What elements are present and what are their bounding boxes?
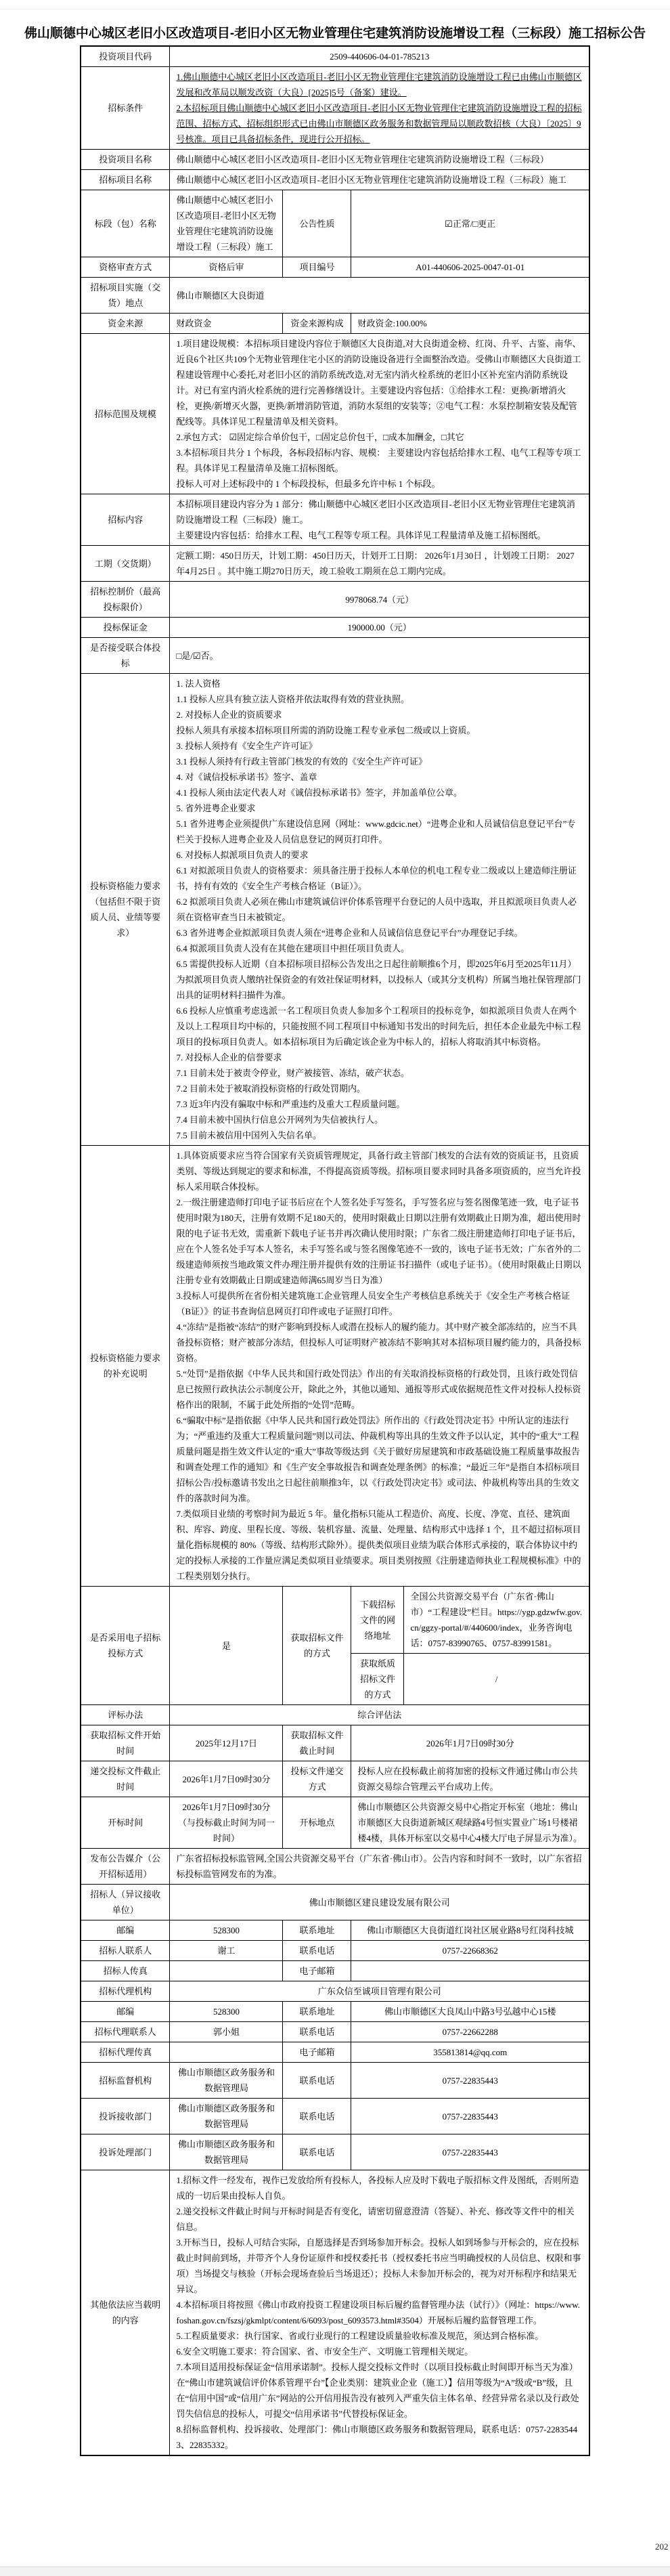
label-evaluation-method: 评标办法 (81, 1705, 170, 1725)
label-agency-postcode: 邮编 (81, 2002, 170, 2022)
value-bid-bond: 190000.00（元） (170, 618, 589, 638)
label-scope-and-scale: 招标范围及规模 (81, 334, 170, 494)
row-tenderer-contact: 招标人联系人 谢工 联系电话 0757-22668362 (81, 1941, 589, 1961)
row-tenderer-postcode: 邮编 528300 联系地址 佛山市顺德区大良街道红岗社区展业路8号红岗科技城 (81, 1920, 589, 1941)
label-complaint-handling: 投诉处理部门 (81, 2134, 170, 2170)
row-qualification-requirements: 投标资格能力要求（包括但不限于资质人员、业绩等要求） 1. 法人资格 1.1 投… (81, 674, 589, 1146)
value-construction-period: 定额工期：450日历天，计划工期：450日历天，计划开工日期： 2026年1月3… (170, 546, 589, 582)
row-agency: 招标代理机构 广东众信至诚项目管理有限公司 (81, 1981, 589, 2002)
row-document-acquisition-time: 获取招标文件开始时间 2025年12月17日 获取招标文件截止时间 2026年1… (81, 1725, 589, 1761)
footer-partial-date: 202 (655, 2541, 670, 2552)
value-agency-address: 佛山市顺德区大良凤山中路3号弘越中心15楼 (351, 2002, 589, 2022)
announcement-table: 投资项目代码 2509-440606-04-01-785213 招标条件 1.佛… (80, 45, 590, 2456)
label-tenderer: 招标人（异议接收单位） (81, 1885, 170, 1920)
label-funding-source: 资金来源 (81, 314, 170, 334)
label-project-location: 招标项目实施（交货）地点 (81, 278, 170, 314)
label-supervision-agency: 招标监督机构 (81, 2063, 170, 2099)
value-control-price: 9978068.74（元） (170, 582, 589, 618)
page-title: 佛山顺德中心城区老旧小区改造项目-老旧小区无物业管理住宅建筑消防设施增设工程（三… (7, 23, 663, 41)
label-electronic-bidding: 是否采用电子招标投标方式 (81, 1587, 170, 1705)
value-investment-project-name: 佛山顺德中心城区老旧小区改造项目-老旧小区无物业管理住宅建筑消防设施增设工程（三… (170, 150, 589, 170)
value-submission-deadline: 2026年1月7日09时30分 (170, 1761, 283, 1797)
row-qualification-supplement: 投标资格能力要求的补充说明 1.具体资质要求应当符合国家有关资质管理规定，具备行… (81, 1146, 589, 1587)
row-qualification-review: 资格审查方式 资格后审 项目编号 A01-440606-2025-0047-01… (81, 257, 589, 278)
row-announcement-media: 发布公告媒介（公开招标适用） 广东省招标投标监管网,全国公共资源交易平台（广东省… (81, 1849, 589, 1885)
value-tenderer-email (351, 1961, 589, 1981)
label-tenderer-email: 电子邮箱 (283, 1961, 351, 1981)
label-qualification-requirements: 投标资格能力要求（包括但不限于资质人员、业绩等要求） (81, 674, 170, 1146)
label-acquisition-deadline: 获取招标文件截止时间 (283, 1725, 351, 1761)
row-supervision-agency: 招标监督机构 佛山市顺德区政务服务和数据管理局 联系电话 0757-228354… (81, 2063, 589, 2099)
row-tenderer-fax: 招标人传真 电子邮箱 (81, 1961, 589, 1981)
label-investment-code: 投资项目代码 (81, 46, 170, 67)
label-tenderer-address: 联系地址 (283, 1920, 351, 1941)
value-agency-postcode: 528300 (170, 2002, 283, 2022)
value-tenderer-contact: 谢工 (170, 1941, 283, 1961)
row-funding-source: 资金来源 财政资金 资金来源构成 财政资金:100.00% (81, 314, 589, 334)
value-complaint-receiving-phone: 0757-22835443 (351, 2099, 589, 2134)
row-consortium-bidding: 是否接受联合体投标 □是/☑否。 (81, 638, 589, 674)
value-electronic-bidding: 是 (170, 1587, 283, 1705)
label-agency: 招标代理机构 (81, 1981, 170, 2002)
label-supervision-phone: 联系电话 (283, 2063, 351, 2099)
value-acquisition-start-time: 2025年12月17日 (170, 1725, 283, 1761)
label-agency-email: 电子邮箱 (283, 2042, 351, 2063)
row-construction-period: 工期（交货期） 定额工期：450日历天，计划工期：450日历天，计划开工日期： … (81, 546, 589, 582)
value-tenderer-fax (170, 1961, 283, 1981)
announcement-page: 佛山顺德中心城区老旧小区改造项目-老旧小区无物业管理住宅建筑消防设施增设工程（三… (0, 0, 670, 2576)
value-funding-composition: 财政资金:100.00% (351, 314, 589, 334)
row-agency-postcode: 邮编 528300 联系地址 佛山市顺德区大良凤山中路3号弘越中心15楼 (81, 2002, 589, 2022)
row-tender-project-name: 招标项目名称 佛山顺德中心城区老旧小区改造项目-老旧小区无物业管理住宅建筑消防设… (81, 170, 589, 190)
label-investment-project-name: 投资项目名称 (81, 150, 170, 170)
label-announcement-media: 发布公告媒介（公开招标适用） (81, 1849, 170, 1885)
value-agency-fax (170, 2042, 283, 2063)
row-complaint-receiving: 投诉接收部门 佛山市顺德区政务服务和数据管理局 联系电话 0757-228354… (81, 2099, 589, 2134)
value-complaint-handling-phone: 0757-22835443 (351, 2134, 589, 2170)
label-funding-composition: 资金来源构成 (283, 314, 351, 334)
value-supervision-phone: 0757-22835443 (351, 2063, 589, 2099)
row-agency-contact: 招标代理联系人 郭小姐 联系电话 0757-22662288 (81, 2022, 589, 2042)
row-scope-and-scale: 招标范围及规模 1.项目建设规模：本招标项目建设内容位于顺德区大良街道,对大良街… (81, 334, 589, 494)
value-agency: 广东众信至诚项目管理有限公司 (170, 1981, 589, 2002)
row-bid-bond: 投标保证金 190000.00（元） (81, 618, 589, 638)
label-tenderer-fax: 招标人传真 (81, 1961, 170, 1981)
value-scope-and-scale: 1.项目建设规模：本招标项目建设内容位于顺德区大良街道,对大良街道金榜、红岗、升… (170, 334, 589, 494)
value-complaint-receiving: 佛山市顺德区政务服务和数据管理局 (170, 2099, 283, 2134)
value-complaint-handling: 佛山市顺德区政务服务和数据管理局 (170, 2134, 283, 2170)
label-tender-project-name: 招标项目名称 (81, 170, 170, 190)
top-divider (0, 9, 670, 9)
label-qualification-supplement: 投标资格能力要求的补充说明 (81, 1146, 170, 1587)
row-electronic-bidding: 是否采用电子招标投标方式 是 获取招标文件的方式 下载招标文件的网络地址 全国公… (81, 1587, 589, 1654)
label-tenderer-contact: 招标人联系人 (81, 1941, 170, 1961)
label-agency-address: 联系地址 (283, 2002, 351, 2022)
label-bid-opening-place: 开标地点 (283, 1797, 351, 1849)
row-investment-code: 投资项目代码 2509-440606-04-01-785213 (81, 46, 589, 67)
value-tender-project-name: 佛山顺德中心城区老旧小区改造项目-老旧小区无物业管理住宅建筑消防设施增设工程（三… (170, 170, 589, 190)
row-evaluation-method: 评标办法 综合评估法 (81, 1705, 589, 1725)
value-qualification-supplement: 1.具体资质要求应当符合国家有关资质管理规定，具备行政主管部门核发的合法有效的资… (170, 1146, 589, 1587)
value-supervision-agency: 佛山市顺德区政务服务和数据管理局 (170, 2063, 283, 2099)
value-bid-opening-place: 佛山市顺德区公共资源交易中心指定开标室（地址：佛山市顺德区大良街道新城区观绿路4… (351, 1797, 589, 1849)
value-tenderer-address: 佛山市顺德区大良街道红岗社区展业路8号红岗科技城 (351, 1920, 589, 1941)
value-other-legal-content: 1.招标文件一经发布，视作已发放给所有投标人，各投标人应及时下载电子版招标文件及… (170, 2170, 589, 2456)
value-agency-contact: 郭小姐 (170, 2022, 283, 2042)
row-project-location: 招标项目实施（交货）地点 佛山市顺德区大良街道 (81, 278, 589, 314)
label-acquisition-start-time: 获取招标文件开始时间 (81, 1725, 170, 1761)
label-agency-fax: 招标代理传真 (81, 2042, 170, 2063)
label-announcement-nature: 公告性质 (283, 190, 351, 257)
label-control-price: 招标控制价（最高投标限价） (81, 582, 170, 618)
label-complaint-receiving-phone: 联系电话 (283, 2099, 351, 2134)
label-project-number: 项目编号 (283, 257, 351, 278)
row-agency-fax: 招标代理传真 电子邮箱 355813814@qq.com (81, 2042, 589, 2063)
label-complaint-handling-phone: 联系电话 (283, 2134, 351, 2170)
value-tenderer-phone: 0757-22668362 (351, 1941, 589, 1961)
bottom-strip (0, 2567, 670, 2576)
value-paper-document-method: / (404, 1654, 589, 1705)
value-evaluation-method: 综合评估法 (170, 1705, 589, 1725)
row-control-price: 招标控制价（最高投标限价） 9978068.74（元） (81, 582, 589, 618)
value-download-url: 全国公共资源交易平台（广东省·佛山市）“工程建设”栏目。https://ygp.… (404, 1587, 589, 1654)
value-tenderer: 佛山市顺德区建良建设发展有限公司 (170, 1885, 589, 1920)
value-announcement-media: 广东省招标投标监管网,全国公共资源交易平台（广东省·佛山市）。公告内容和时间不一… (170, 1849, 589, 1885)
row-submission-deadline: 递交投标文件截止时间 2026年1月7日09时30分 投标文件递交方式 投标人应… (81, 1761, 589, 1797)
value-tenderer-postcode: 528300 (170, 1920, 283, 1941)
row-section-name: 标段（包）名称 佛山顺德中心城区老旧小区改造项目-老旧小区无物业管理住宅建筑消防… (81, 190, 589, 257)
row-tender-content: 招标内容 本招标项目建设内容分为 1 部分：佛山顺德中心城区老旧小区改造项目-老… (81, 494, 589, 546)
label-download-url: 下载招标文件的网络地址 (351, 1587, 404, 1654)
label-section-name: 标段（包）名称 (81, 190, 170, 257)
value-qualification-review: 资格后审 (170, 257, 283, 278)
row-complaint-handling: 投诉处理部门 佛山市顺德区政务服务和数据管理局 联系电话 0757-228354… (81, 2134, 589, 2170)
label-consortium-bidding: 是否接受联合体投标 (81, 638, 170, 674)
label-paper-document-method: 获取纸质招标文件的方式 (351, 1654, 404, 1705)
value-bid-opening-time: 2026年1月7日09时30分（与投标截止时间为同一时间） (170, 1797, 283, 1849)
label-tenderer-postcode: 邮编 (81, 1920, 170, 1941)
value-project-location: 佛山市顺德区大良街道 (170, 278, 589, 314)
value-investment-code: 2509-440606-04-01-785213 (170, 46, 589, 67)
label-other-legal-content: 其他依法应当载明的内容 (81, 2170, 170, 2456)
label-agency-contact: 招标代理联系人 (81, 2022, 170, 2042)
label-document-acquisition-method: 获取招标文件的方式 (283, 1587, 351, 1705)
value-consortium-bidding: □是/☑否。 (170, 638, 589, 674)
label-submission-deadline: 递交投标文件截止时间 (81, 1761, 170, 1797)
label-tender-content: 招标内容 (81, 494, 170, 546)
row-bid-opening: 开标时间 2026年1月7日09时30分（与投标截止时间为同一时间） 开标地点 … (81, 1797, 589, 1849)
label-submission-method: 投标文件递交方式 (283, 1761, 351, 1797)
value-project-number: A01-440606-2025-0047-01-01 (351, 257, 589, 278)
label-tenderer-phone: 联系电话 (283, 1941, 351, 1961)
label-bid-bond: 投标保证金 (81, 618, 170, 638)
row-bidding-conditions: 招标条件 1.佛山顺德中心城区老旧小区改造项目-老旧小区无物业管理住宅建筑消防设… (81, 67, 589, 150)
value-agency-email: 355813814@qq.com (351, 2042, 589, 2063)
value-acquisition-deadline: 2026年1月7日09时30分 (351, 1725, 589, 1761)
row-investment-project-name: 投资项目名称 佛山顺德中心城区老旧小区改造项目-老旧小区无物业管理住宅建筑消防设… (81, 150, 589, 170)
value-tender-content: 本招标项目建设内容分为 1 部分：佛山顺德中心城区老旧小区改造项目-老旧小区无物… (170, 494, 589, 546)
value-bidding-conditions: 1.佛山顺德中心城区老旧小区改造项目-老旧小区无物业管理住宅建筑消防设施增设工程… (170, 67, 589, 150)
value-funding-source: 财政资金 (170, 314, 283, 334)
row-tenderer: 招标人（异议接收单位） 佛山市顺德区建良建设发展有限公司 (81, 1885, 589, 1920)
label-agency-phone: 联系电话 (283, 2022, 351, 2042)
label-qualification-review: 资格审查方式 (81, 257, 170, 278)
value-agency-phone: 0757-22662288 (351, 2022, 589, 2042)
value-submission-method: 投标人应在投标截止前将加密的投标文件通过佛山市公共资源交易综合管理云平台成功上传… (351, 1761, 589, 1797)
label-bidding-conditions: 招标条件 (81, 67, 170, 150)
row-other-legal-content: 其他依法应当载明的内容 1.招标文件一经发布，视作已发放给所有投标人，各投标人应… (81, 2170, 589, 2456)
label-construction-period: 工期（交货期） (81, 546, 170, 582)
label-bid-opening-time: 开标时间 (81, 1797, 170, 1849)
value-announcement-nature: ☑正常/□更正 (351, 190, 589, 257)
label-complaint-receiving: 投诉接收部门 (81, 2099, 170, 2134)
value-qualification-requirements: 1. 法人资格 1.1 投标人应具有独立法人资格并依法取得有效的营业执照。 2.… (170, 674, 589, 1146)
value-section-name: 佛山顺德中心城区老旧小区改造项目-老旧小区无物业管理住宅建筑消防设施增设工程（三… (170, 190, 283, 257)
